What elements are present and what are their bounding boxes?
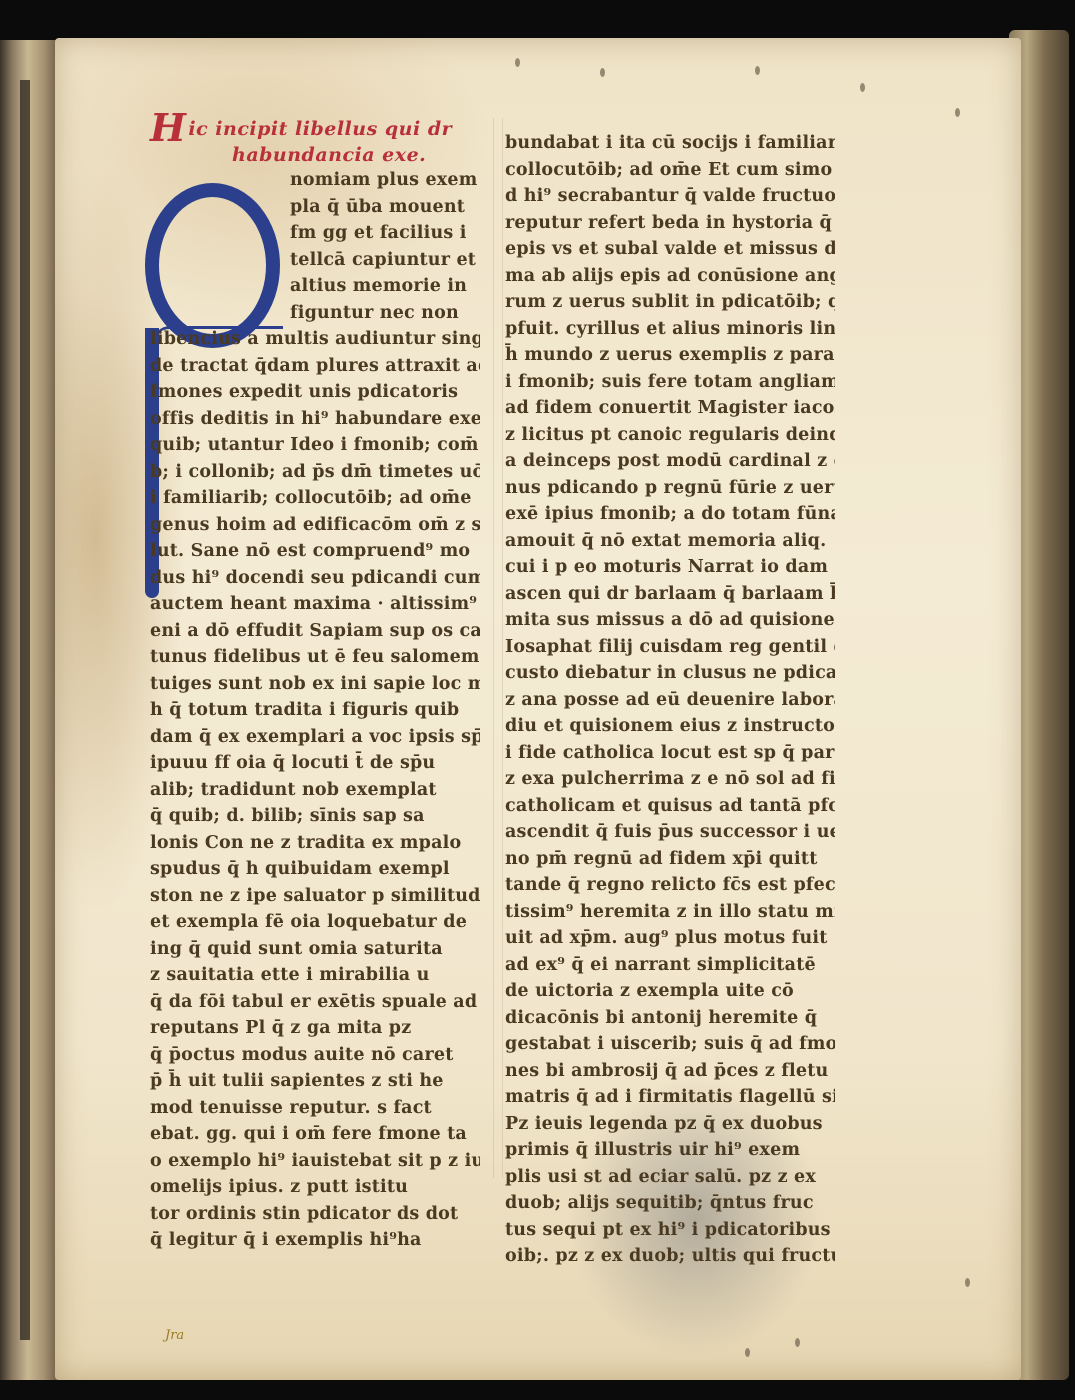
manuscript-line: pla q̄ ūba mouent bbox=[150, 194, 480, 221]
manuscript-line: dus hi⁹ docendi seu pdicandi cum bbox=[150, 565, 480, 592]
manuscript-line: z sauitatia ette i mirabilia u bbox=[150, 962, 480, 989]
manuscript-line: custo diebatur in clusus ne pdicato bbox=[505, 660, 835, 687]
manuscript-line: i fide catholica locut est sp q̄ parabol… bbox=[505, 740, 835, 767]
manuscript-line: tor ordinis stin pdicator ds dot bbox=[150, 1201, 480, 1228]
manuscript-line: figuntur nec non bbox=[150, 300, 480, 327]
manuscript-line: z exa pulcherrima z e nō sol ad fide bbox=[505, 766, 835, 793]
manuscript-line: q̄ p̄octus modus auite nō caret bbox=[150, 1042, 480, 1069]
wormhole bbox=[795, 1338, 800, 1347]
manuscript-line: alib; tradidunt nob exemplat bbox=[150, 777, 480, 804]
manuscript-line: diu et quisionem eius z instructom bbox=[505, 713, 835, 740]
manuscript-line: ing q̄ quid sunt omia saturita bbox=[150, 936, 480, 963]
manuscript-line: h q̄ totum tradita i figuris quib bbox=[150, 697, 480, 724]
manuscript-line: no pm̄ regnū ad fidem xp̄i quitt bbox=[505, 846, 835, 873]
manuscript-line: a deinceps post modū cardinal z epus tus… bbox=[505, 448, 835, 475]
manuscript-line: q̄ quib; d. bilib; sīnis sap sa bbox=[150, 803, 480, 830]
manuscript-line: h̄ mundo z uerus exemplis z parabolis bbox=[505, 342, 835, 369]
manuscript-line: rum z uerus sublit in pdicatōib; ql bbox=[505, 289, 835, 316]
manuscript-line: ascendit q̄ fuis p̄us successor i uegno bbox=[505, 819, 835, 846]
wormhole bbox=[745, 1348, 750, 1357]
manuscript-line: b; i collonib; ad p̄s dm̄ timetes uō bbox=[150, 459, 480, 486]
manuscript-line: pfuit. cyrillus et alius minoris linte bbox=[505, 316, 835, 343]
manuscript-line: z ana posse ad eū deuenire laborans bbox=[505, 687, 835, 714]
manuscript-line: duob; alijs sequitib; q̄ntus fruc bbox=[505, 1190, 835, 1217]
manuscript-line: d hi⁹ secrabantur q̄ valde fructuosus bbox=[505, 183, 835, 210]
right-column-lines: bundabat i ita cū socijs i familiaribcol… bbox=[505, 130, 835, 1270]
manuscript-line: ad fidem conuertit Magister iacobus de u… bbox=[505, 395, 835, 422]
wormhole bbox=[965, 1278, 970, 1287]
manuscript-line: quib; utantur Ideo i fmonib; com̄ bbox=[150, 432, 480, 459]
manuscript-line: epis vs et subal valde et missus de ro bbox=[505, 236, 835, 263]
manuscript-line: tunus fidelibus ut ē feu salomem sor bbox=[150, 644, 480, 671]
manuscript-line: p̄ h̄ uit tulii sapientes z sti he bbox=[150, 1068, 480, 1095]
wormhole bbox=[600, 68, 605, 77]
manuscript-line: ad ex⁹ q̄ ei narrant simplicitatē bbox=[505, 952, 835, 979]
manuscript-line: bundabat i ita cū socijs i familiarib bbox=[505, 130, 835, 157]
manuscript-line: de uictoria z exempla uite cō bbox=[505, 978, 835, 1005]
wormhole bbox=[755, 66, 760, 75]
text-column-right: bundabat i ita cū socijs i familiaribcol… bbox=[505, 130, 835, 1270]
manuscript-line: exē ipius fmonib; a do totam fūnam bbox=[505, 501, 835, 528]
manuscript-line: fm gg et facilius i bbox=[150, 220, 480, 247]
manuscript-line: lonis Con ne z tradita ex mpalo bbox=[150, 830, 480, 857]
manuscript-line: Iosaphat filij cuisdam reg gentil q̄ bbox=[505, 634, 835, 661]
manuscript-line: matris q̄ ad i firmitatis flagellū sic bbox=[505, 1084, 835, 1111]
manuscript-line: ascen qui dr barlaam q̄ barlaam h̄ bbox=[505, 581, 835, 608]
rubric-line-2: habundancia exe. bbox=[150, 143, 480, 167]
manuscript-line: auctem heant maxima · altissim⁹ bbox=[150, 591, 480, 618]
manuscript-line: ston ne z ipe saluator p similitudies bbox=[150, 883, 480, 910]
manuscript-line: oib;. pz z ex duob; ultis qui fructu bbox=[505, 1243, 835, 1270]
rubric-line-1: Hic incipit libellus qui dr bbox=[150, 113, 480, 143]
manuscript-line: ma ab alijs epis ad conūsione anglo bbox=[505, 263, 835, 290]
manuscript-line: tande q̄ regno relicto fc̄s est pfec bbox=[505, 872, 835, 899]
left-column-lines: nomiam plus exempla q̄ ūba mouentfm gg e… bbox=[150, 167, 480, 1254]
manuscript-line: plis usi st ad eciar salū. pz z ex bbox=[505, 1164, 835, 1191]
manuscript-line: nomiam plus exem bbox=[150, 167, 480, 194]
manuscript-line: fmones expedit unis pdicatoris bbox=[150, 379, 480, 406]
wormhole bbox=[515, 58, 520, 67]
manuscript-line: ebat. gg. qui i om̄ fere fmone ta bbox=[150, 1121, 480, 1148]
manuscript-line: et exempla fē oia loquebatur de bbox=[150, 909, 480, 936]
manuscript-line: lut. Sane nō est compruend⁹ mo bbox=[150, 538, 480, 565]
manuscript-line: dicacōnis bi antonij heremite q̄ bbox=[505, 1005, 835, 1032]
manuscript-line: cui i p eo moturis Narrat io dam bbox=[505, 554, 835, 581]
manuscript-line: offis deditis in hi⁹ habundare exempl bbox=[150, 406, 480, 433]
manuscript-page: Hic incipit libellus qui dr habundancia … bbox=[55, 38, 1021, 1380]
column-ruling-line bbox=[493, 118, 494, 1178]
column-ruling-line bbox=[502, 118, 503, 1178]
manuscript-line: collocutōib; ad om̄e Et cum simo bbox=[505, 157, 835, 184]
manuscript-line: reputans Pl q̄ z ga mita pz bbox=[150, 1015, 480, 1042]
manuscript-line: o exemplo hi⁹ iauistebat sit p z iu bbox=[150, 1148, 480, 1175]
manuscript-line: mod tenuisse reputur. s fact bbox=[150, 1095, 480, 1122]
manuscript-line: tuiges sunt nob ex ini sapie loc moy bbox=[150, 671, 480, 698]
rubric-initial: H bbox=[150, 105, 186, 150]
manuscript-line: libencius a multis audiuntur sing bbox=[150, 326, 480, 353]
manuscript-line: nes bi ambrosij q̄ ad p̄ces z fletu bbox=[505, 1058, 835, 1085]
manuscript-line: z licitus pt canoic regularis deinde bbox=[505, 422, 835, 449]
manuscript-line: genus hoim ad edificacōm om̄ z sal bbox=[150, 512, 480, 539]
text-column-left: Hic incipit libellus qui dr habundancia … bbox=[150, 113, 480, 1254]
manuscript-line: i fmonib; suis fere totam angliam bbox=[505, 369, 835, 396]
manuscript-line: nus pdicando p regnū fūrie z uerus bbox=[505, 475, 835, 502]
manuscript-line: spudus q̄ h quibuidam exempl bbox=[150, 856, 480, 883]
manuscript-line: dam q̄ ex exemplari a voc ipsis sp̄u bbox=[150, 724, 480, 751]
manuscript-line: de tractat q̄dam plures attraxit ad bbox=[150, 353, 480, 380]
wormhole bbox=[860, 83, 865, 92]
manuscript-line: mita sus missus a dō ad quisione bbox=[505, 607, 835, 634]
manuscript-line: q̄ da fōi tabul er exētis spuale ad bbox=[150, 989, 480, 1016]
manuscript-line: tissim⁹ heremita z in illo statu migra bbox=[505, 899, 835, 926]
manuscript-line: tellcā capiuntur et bbox=[150, 247, 480, 274]
manuscript-line: eni a dō effudit Sapiam sup os ca bbox=[150, 618, 480, 645]
manuscript-line: q̄ legitur q̄ i exemplis hi⁹ha bbox=[150, 1227, 480, 1254]
manuscript-line: catholicam et quisus ad tantā pfcōm bbox=[505, 793, 835, 820]
manuscript-line: uit ad xp̄m. aug⁹ plus motus fuit bbox=[505, 925, 835, 952]
book-binding-left bbox=[0, 40, 62, 1380]
manuscript-line: reputur refert beda in hystoria q̄ quidē bbox=[505, 210, 835, 237]
manuscript-line: altius memorie in bbox=[150, 273, 480, 300]
marginal-note: Jra bbox=[165, 1328, 184, 1343]
rubric-heading: Hic incipit libellus qui dr habundancia … bbox=[150, 113, 480, 167]
manuscript-line: amouit q̄ nō extat memoria aliq. bbox=[505, 528, 835, 555]
manuscript-line: i familiarib; collocutōib; ad om̄e bbox=[150, 485, 480, 512]
wormhole bbox=[955, 108, 960, 117]
manuscript-line: primis q̄ illustris uir hi⁹ exem bbox=[505, 1137, 835, 1164]
manuscript-line: gestabat i uiscerib; suis q̄ ad fmo bbox=[505, 1031, 835, 1058]
manuscript-line: Pz ieuis legenda pz q̄ ex duobus bbox=[505, 1111, 835, 1138]
manuscript-line: omelijs ipius. z putt istitu bbox=[150, 1174, 480, 1201]
manuscript-line: ipuuu ff oia q̄ locuti t̄ de sp̄u bbox=[150, 750, 480, 777]
manuscript-line: tus sequi pt ex hi⁹ i pdicatoribus bbox=[505, 1217, 835, 1244]
spine-shadow bbox=[20, 80, 30, 1340]
